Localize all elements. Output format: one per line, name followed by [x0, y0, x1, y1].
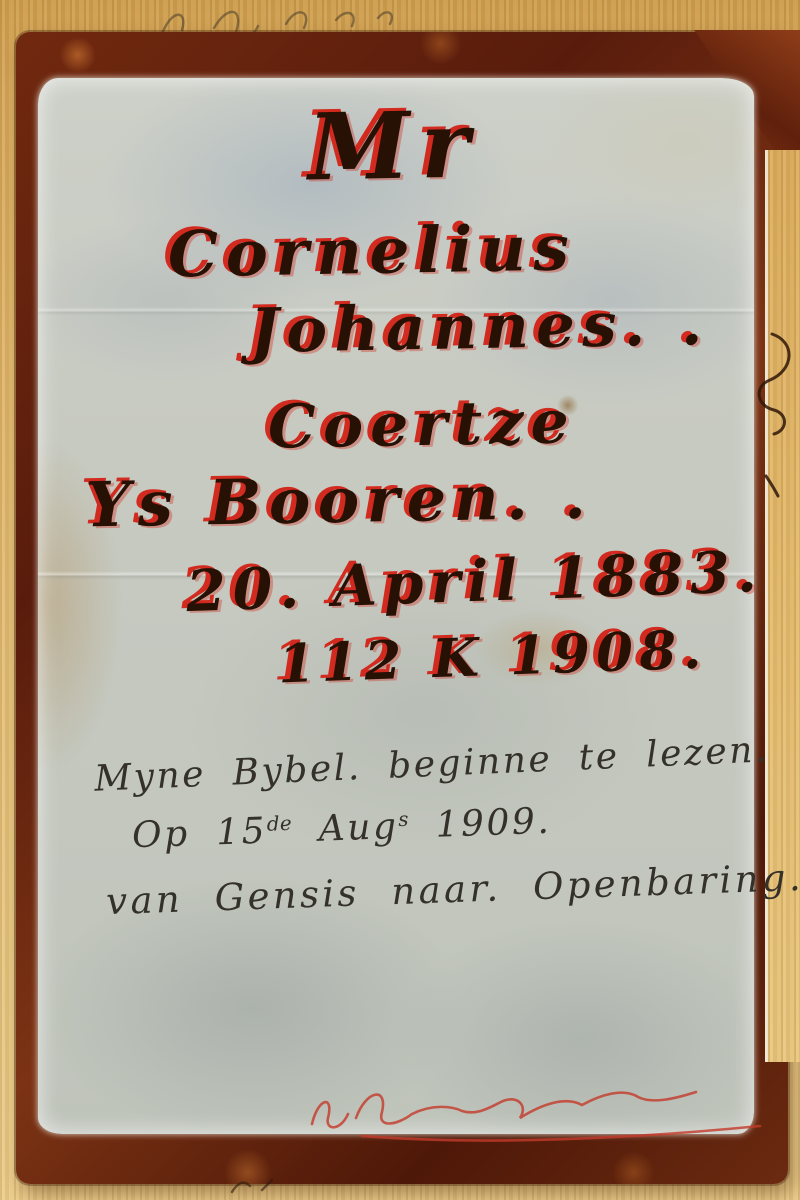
ink-flecks-on-wood — [222, 1172, 292, 1198]
title-line-mr: Mr — [307, 91, 481, 202]
title-line-middlename: Johannes. . — [249, 288, 710, 367]
title-line-firstname: Cornelius — [167, 210, 577, 291]
note-month: Aug — [292, 806, 400, 851]
note-superscript-de: de — [266, 812, 292, 836]
ink-squiggle-on-wood — [744, 326, 800, 506]
illegible-red-signature — [298, 1076, 778, 1150]
photo-of-bible-cover: Mr Cornelius Johannes. . Coertze Ys Boor… — [0, 0, 800, 1200]
torn-edge-wood-gap — [765, 150, 800, 1062]
title-line-surname: Coertze — [267, 387, 576, 462]
note-date-prefix: Op 15 — [131, 811, 267, 857]
note-year: 1909. — [408, 801, 552, 847]
title-line-is-born: Ys Booren. . — [85, 460, 593, 542]
